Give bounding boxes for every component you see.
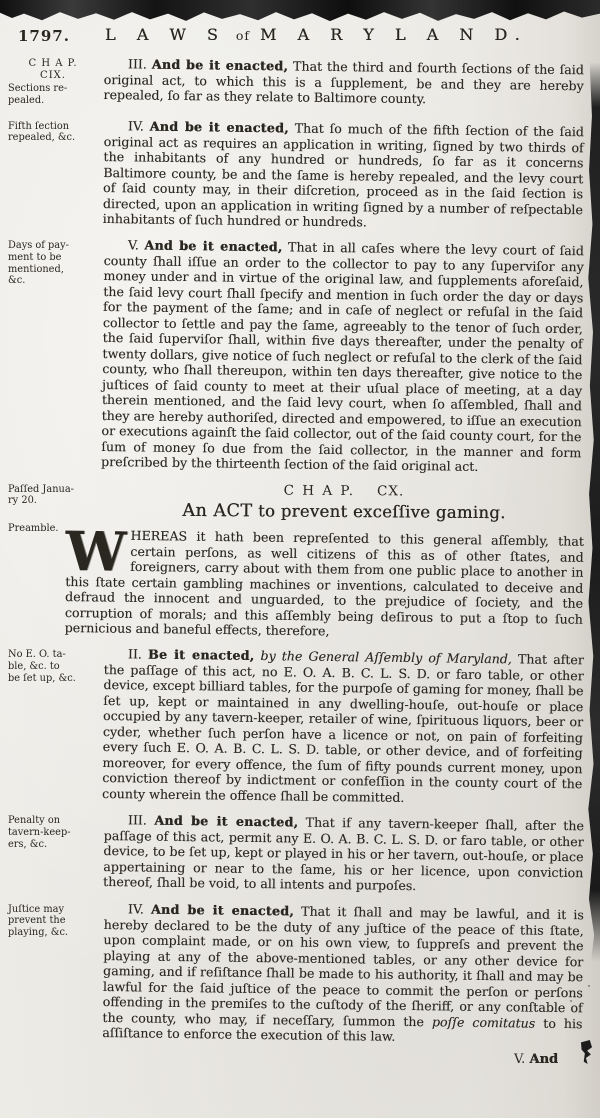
act-title-rest: to prevent exceſſive gaming. [252, 501, 505, 522]
running-title: L A W SofM A R Y L A N D. [105, 25, 520, 44]
section-number: IV. [128, 901, 144, 916]
statute-paragraph: IV. And be it enacted, That it ſhall and… [102, 901, 584, 1047]
chapter-heading: C H A P.CX. [104, 481, 584, 500]
statute-section-cx-2: No E. O. ta- ble, &c. to be ſet up, &c. … [0, 646, 600, 801]
latin-phrase: poſſe comitatus [432, 1013, 535, 1029]
page-header: 1797. L A W SofM A R Y L A N D. [0, 22, 600, 56]
enacting-clause: And be it enacted, [154, 813, 298, 830]
preamble-paragraph: WHEREAS it hath been repreſented to this… [65, 527, 584, 642]
margin-note-cell: C H A P. CIX. Sections re- pealed. [0, 56, 104, 107]
page-year: 1797. [18, 27, 70, 45]
statute-paragraph: III. And be it enacted, That if any tave… [103, 812, 584, 896]
section-number: III. [128, 812, 147, 827]
statute-section-cx-3: Penalty on tavern-keep- ers, &c. III. An… [0, 812, 600, 890]
chapter-heading-word: C H A P. [284, 482, 355, 498]
margin-note: Penalty on tavern-keep- ers, &c. [8, 815, 98, 850]
catchword-word: And [529, 1052, 558, 1067]
margin-note-cell: No E. O. ta- ble, &c. to be ſet up, &c. [0, 646, 104, 801]
statute-section-cix-4: Fifth ſection repealed, &c. IV. And be i… [0, 118, 600, 227]
enacting-clause: And be it enacted, [150, 118, 289, 135]
statute-paragraph: V. And be it enacted, That in all caſes … [101, 237, 584, 476]
margin-note: Sections re- pealed. [8, 83, 98, 107]
margin-passed-note: Paſſed Janua- ry 20. [8, 484, 98, 508]
chapter-cx-block: Paſſed Janua- ry 20. Preamble. C H A P.C… [0, 481, 600, 636]
act-title-an: An ACT [182, 500, 252, 520]
running-title-maryland: M A R Y L A N D. [260, 25, 528, 44]
act-title: An ACT to prevent exceſſive gaming. [104, 500, 584, 523]
section-number: V. [128, 237, 139, 252]
catchword: V. And [0, 1052, 600, 1067]
catchword-number: V. [514, 1052, 525, 1067]
statute-paragraph: II. Be it enacted, by the General Aſſemb… [102, 646, 584, 807]
margin-note: No E. O. ta- ble, &c. to be ſet up, &c. [8, 649, 98, 684]
chapter-heading-number: CX. [377, 483, 404, 499]
margin-note: Fifth ſection repealed, &c. [8, 121, 98, 145]
margin-note-cell: Fifth ſection repealed, &c. [0, 118, 104, 227]
section-body: That in all caſes where the levy court o… [101, 240, 584, 475]
enacting-clause: And be it enacted, [152, 57, 289, 74]
section-number: II. [128, 646, 142, 661]
margin-chap-heading: C H A P. [8, 58, 98, 70]
preamble-text: HEREAS it hath been repreſented to this … [65, 527, 584, 638]
margin-note: Days of pay- ment to be mentioned, &c. [8, 240, 98, 287]
section-body: That it ſhall and may be lawful, and it … [102, 903, 584, 1028]
statute-section-cix-5: Days of pay- ment to be mentioned, &c. V… [0, 237, 600, 470]
enacting-clause: And be it enacted, [144, 238, 282, 255]
enacting-clause: And be it enacted, [151, 901, 294, 918]
statute-section-cix-3: C H A P. CIX. Sections re- pealed. III. … [0, 56, 600, 107]
margin-note-cell: Juſtice may prevent the playing, &c. [0, 901, 104, 1041]
statute-paragraph: IV. And be it enacted, That ſo much of t… [103, 118, 584, 233]
margin-note-cell: Days of pay- ment to be mentioned, &c. [0, 237, 104, 470]
margin-chap-number: CIX. [8, 70, 98, 82]
scan-top-edge [0, 0, 600, 22]
enacting-clause: Be it enacted, [148, 647, 255, 663]
statute-section-cx-4: Juſtice may prevent the playing, &c. IV.… [0, 901, 600, 1041]
running-title-laws: L A W S [105, 25, 226, 44]
section-number: III. [128, 56, 147, 71]
drop-cap: W [65, 527, 130, 574]
running-title-of: of [236, 28, 250, 43]
margin-note: Juſtice may prevent the playing, &c. [8, 904, 98, 939]
section-body: That ſo much of the fifth ſection of the… [103, 120, 584, 229]
section-number: IV. [128, 118, 144, 133]
section-body: That after the paſſage of this act, no E… [102, 652, 584, 805]
document-page: 1797. L A W SofM A R Y L A N D. C H A P.… [0, 0, 600, 1118]
margin-note-cell: Penalty on tavern-keep- ers, &c. [0, 812, 104, 890]
ink-speck [588, 985, 590, 987]
statute-paragraph: III. And be it enacted, That the third a… [103, 56, 584, 109]
